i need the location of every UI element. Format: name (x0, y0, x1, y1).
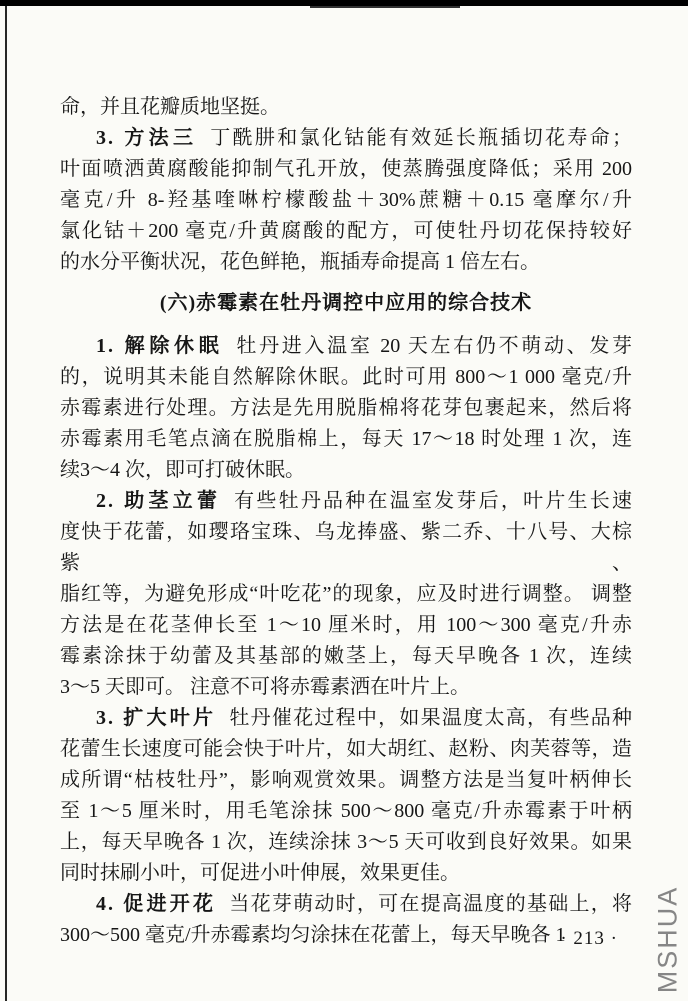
text-line: 成所谓“枯枝牡丹”，影响观赏效果。调整方法是当复叶柄伸长 (60, 765, 632, 796)
paragraph-number-heading: 4. 促进开花 (96, 893, 216, 915)
text-line: 1. 解除休眠牡丹进入温室 20 天左右仍不萌动、发芽 (60, 331, 632, 362)
paragraph: 4. 促进开花当花芽萌动时，可在提高温度的基础上，将300～500 毫克/升赤霉… (60, 889, 632, 951)
text-line: 氯化钴＋200 毫克/升黄腐酸的配方，可使牡丹切花保持较好 (60, 216, 632, 247)
text-line: 2. 助茎立蕾有些牡丹品种在温室发芽后，叶片生长速 (60, 486, 632, 517)
text-line: 上，每天早晚各 1 次，连续涂抹 3～5 天可收到良好效果。如果 (60, 827, 632, 858)
text-line: 叶面喷洒黄腐酸能抑制气孔开放，使蒸腾强度降低；采用 200 (60, 154, 632, 185)
text-column: 命，并且花瓣质地坚挺。3. 方法三丁酰肼和氯化钴能有效延长瓶插切花寿命；叶面喷洒… (60, 92, 632, 951)
scan-edge-left (5, 0, 7, 1001)
watermark-mshua: MSHUA (653, 884, 684, 996)
text-line: 续3～4 次，即可打破休眠。 (60, 455, 632, 486)
text-line: 度快于花蕾，如璎珞宝珠、乌龙捧盛、紫二乔、十八号、大棕紫、 (60, 517, 632, 579)
text-line: 3. 方法三丁酰肼和氯化钴能有效延长瓶插切花寿命； (60, 123, 632, 154)
paragraph: 2. 助茎立蕾有些牡丹品种在温室发芽后，叶片生长速度快于花蕾，如璎珞宝珠、乌龙捧… (60, 486, 632, 703)
text-line: 花蕾生长速度可能会快于叶片，如大胡红、赵粉、肉芙蓉等，造 (60, 734, 632, 765)
text-line: 3～5 天即可。 注意不可将赤霉素洒在叶片上。 (60, 672, 632, 703)
text-line: 赤霉素用毛笔点滴在脱脂棉上，每天 17～18 时处理 1 次，连 (60, 424, 632, 455)
paragraph: 3. 方法三丁酰肼和氯化钴能有效延长瓶插切花寿命；叶面喷洒黄腐酸能抑制气孔开放，… (60, 123, 632, 278)
text-line: 的，说明其未能自然解除休眠。此时可用 800～1 000 毫克/升 (60, 362, 632, 393)
text-line: 同时抹刷小叶，可促进小叶伸展，效果更佳。 (60, 858, 632, 889)
text-line: 毫克/升 8-羟基喹啉柠檬酸盐＋30%蔗糖＋0.15 毫摩尔/升 (60, 185, 632, 216)
text-line: 霉素涂抹于幼蕾及其基部的嫩茎上，每天早晚各 1 次，连续 (60, 641, 632, 672)
paragraph: 命，并且花瓣质地坚挺。 (60, 92, 632, 123)
text-line: 至 1～5 厘米时，用毛笔涂抹 500～800 毫克/升赤霉素于叶柄 (60, 796, 632, 827)
paragraph-number-heading: 1. 解除休眠 (96, 335, 223, 357)
book-page: 命，并且花瓣质地坚挺。3. 方法三丁酰肼和氯化钴能有效延长瓶插切花寿命；叶面喷洒… (0, 0, 688, 1001)
text-line: 赤霉素进行处理。方法是先用脱脂棉将花芽包裹起来，然后将 (60, 393, 632, 424)
scan-edge-top (0, 0, 688, 6)
text-line: 300～500 毫克/升赤霉素均匀涂抹在花蕾上，每天早晚各 1 (60, 920, 632, 951)
paragraph: 3. 扩大叶片牡丹催花过程中，如果温度太高，有些品种花蕾生长速度可能会快于叶片，… (60, 703, 632, 889)
text-line: 脂红等，为避免形成“叶吃花”的现象，应及时进行调整。 调整 (60, 579, 632, 610)
paragraph-number-heading: 2. 助茎立蕾 (96, 490, 221, 512)
paragraph-number-heading: 3. 方法三 (96, 127, 197, 149)
paragraph: 1. 解除休眠牡丹进入温室 20 天左右仍不萌动、发芽的，说明其未能自然解除休眠… (60, 331, 632, 486)
text-line: 4. 促进开花当花芽萌动时，可在提高温度的基础上，将 (60, 889, 632, 920)
text-line: 命，并且花瓣质地坚挺。 (60, 92, 632, 123)
paragraph-number-heading: 3. 扩大叶片 (96, 707, 216, 729)
text-line: 的水分平衡状况，花色鲜艳，瓶插寿命提高 1 倍左右。 (60, 247, 632, 278)
text-line: 方法是在花茎伸长至 1～10 厘米时，用 100～300 毫克/升赤 (60, 610, 632, 641)
page-number: · 213 · (560, 928, 618, 950)
section-heading: (六)赤霉素在牡丹调控中应用的综合技术 (60, 288, 632, 319)
text-line: 3. 扩大叶片牡丹催花过程中，如果温度太高，有些品种 (60, 703, 632, 734)
